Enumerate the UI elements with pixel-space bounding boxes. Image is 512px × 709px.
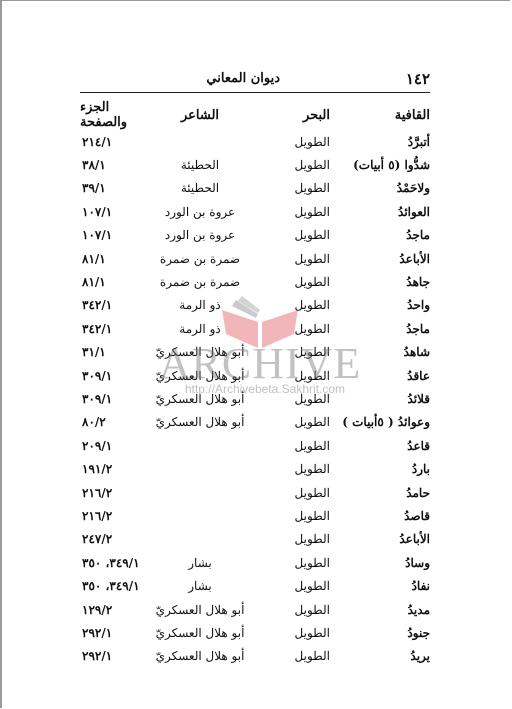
meter-cell: الطويل <box>250 528 330 551</box>
poet-cell: أبو هلال العسكريّ <box>150 645 250 668</box>
meter-cell: الطويل <box>250 294 330 317</box>
poet-cell: أبو هلال العسكريّ <box>150 411 250 434</box>
meter-cell: الطويل <box>250 504 330 527</box>
poet-cell: بشار <box>150 551 250 574</box>
volume-page-cell: ١٢٩/٢ <box>80 598 150 621</box>
running-head: ١٤٢ ديوان المعاني <box>80 70 430 90</box>
table-header-row: القافية البحر الشاعر الجزء والصفحة <box>80 100 430 130</box>
column-header-page: الجزء والصفحة <box>80 100 150 130</box>
poet-cell: ذو الرمة <box>150 317 250 340</box>
poet-cell: عروة بن الورد <box>150 224 250 247</box>
poet-cell: عروة بن الورد <box>150 200 250 223</box>
meter-cell: الطويل <box>250 434 330 457</box>
table-row: يريدُالطويلأبو هلال العسكريّ٢٩٢/١ <box>80 645 430 668</box>
volume-page-cell: ٨١/١ <box>80 270 150 293</box>
table-row: شاهدُالطويلأبو هلال العسكريّ٣١/١ <box>80 341 430 364</box>
table-row: قاصدُالطويل٢١٦/٢ <box>80 504 430 527</box>
column-header-shaer: الشاعر <box>150 100 250 130</box>
volume-page-cell: ٢٩٢/١ <box>80 621 150 644</box>
meter-cell: الطويل <box>250 130 330 153</box>
meter-cell: الطويل <box>250 574 330 597</box>
table-row: باردُالطويل١٩١/٢ <box>80 457 430 480</box>
table-row: وسادُالطويلبشار٣٤٩/١، ٣٥٠ <box>80 551 430 574</box>
table-row: عاقدُالطويلأبو هلال العسكريّ٣٠٩/١ <box>80 364 430 387</box>
table-row: العوائدُالطويلعروة بن الورد١٠٧/١ <box>80 200 430 223</box>
column-header-qafiya: القافية <box>330 100 430 130</box>
table-row: الأباعدُالطويلضمرة بن ضمرة٨١/١ <box>80 247 430 270</box>
rhyme-cell: قاصدُ <box>330 504 430 527</box>
table-row: جاهدُالطويلضمرة بن ضمرة٨١/١ <box>80 270 430 293</box>
table-row: أتبرَّدُالطويل٢١٤/١ <box>80 130 430 153</box>
rhyme-index-table: القافية البحر الشاعر الجزء والصفحة أتبرَ… <box>80 100 430 668</box>
poet-cell <box>150 457 250 480</box>
table-row: شدُّوا (٥ أبيات)الطويلالحطيئة٣٨/١ <box>80 153 430 176</box>
meter-cell: الطويل <box>250 153 330 176</box>
book-title: ديوان المعاني <box>206 71 280 86</box>
rhyme-cell: الأباعدُ <box>330 528 430 551</box>
poet-cell: أبو هلال العسكريّ <box>150 621 250 644</box>
header-rule <box>80 92 430 93</box>
rhyme-cell: الأباعدُ <box>330 247 430 270</box>
poet-cell <box>150 504 250 527</box>
volume-page-cell: ٣٤٢/١ <box>80 294 150 317</box>
meter-cell: الطويل <box>250 341 330 364</box>
meter-cell: الطويل <box>250 317 330 340</box>
table-row: ولاحَمْدُالطويلالحطيئة٣٩/١ <box>80 177 430 200</box>
volume-page-cell: ١٩١/٢ <box>80 457 150 480</box>
table-row: حامدُالطويل٢١٦/٢ <box>80 481 430 504</box>
poet-cell: ذو الرمة <box>150 294 250 317</box>
rhyme-cell: حامدُ <box>330 481 430 504</box>
poet-cell: ضمرة بن ضمرة <box>150 247 250 270</box>
meter-cell: الطويل <box>250 177 330 200</box>
table-row: ماجدُالطويلعروة بن الورد١٠٧/١ <box>80 224 430 247</box>
meter-cell: الطويل <box>250 598 330 621</box>
rhyme-cell: وعوائدُ ( ٥أبيات ) <box>330 411 430 434</box>
volume-page-cell: ٢٩٢/١ <box>80 645 150 668</box>
volume-page-cell: ٣٤٢/١ <box>80 317 150 340</box>
poet-cell: أبو هلال العسكريّ <box>150 341 250 364</box>
poet-cell: بشار <box>150 574 250 597</box>
poet-cell: ضمرة بن ضمرة <box>150 270 250 293</box>
volume-page-cell: ٣٤٩/١، ٣٥٠ <box>80 574 150 597</box>
table-row: ماجدُالطويلذو الرمة٣٤٢/١ <box>80 317 430 340</box>
rhyme-cell: جاهدُ <box>330 270 430 293</box>
table-row: قلائدُالطويلأبو هلال العسكريّ٣٠٩/١ <box>80 387 430 410</box>
table-row: وعوائدُ ( ٥أبيات )الطويلأبو هلال العسكري… <box>80 411 430 434</box>
rhyme-cell: شاهدُ <box>330 341 430 364</box>
poet-cell: أبو هلال العسكريّ <box>150 387 250 410</box>
volume-page-cell: ٨٠/٢ <box>80 411 150 434</box>
volume-page-cell: ١٠٧/١ <box>80 224 150 247</box>
meter-cell: الطويل <box>250 551 330 574</box>
table-row: الأباعدُالطويل٢٤٧/٢ <box>80 528 430 551</box>
volume-page-cell: ٢١٦/٢ <box>80 504 150 527</box>
rhyme-cell: وسادُ <box>330 551 430 574</box>
rhyme-cell: عاقدُ <box>330 364 430 387</box>
table-row: جنودُالطويلأبو هلال العسكريّ٢٩٢/١ <box>80 621 430 644</box>
poet-cell: الحطيئة <box>150 177 250 200</box>
poet-cell: أبو هلال العسكريّ <box>150 364 250 387</box>
volume-page-cell: ٣١/١ <box>80 341 150 364</box>
volume-page-cell: ١٠٧/١ <box>80 200 150 223</box>
table-row: قاعدُالطويل٢٠٩/١ <box>80 434 430 457</box>
rhyme-cell: باردُ <box>330 457 430 480</box>
volume-page-cell: ٢٠٩/١ <box>80 434 150 457</box>
table-body: أتبرَّدُالطويل٢١٤/١شدُّوا (٥ أبيات)الطوي… <box>80 130 430 668</box>
rhyme-cell: واحدُ <box>330 294 430 317</box>
rhyme-cell: يريدُ <box>330 645 430 668</box>
rhyme-cell: أتبرَّدُ <box>330 130 430 153</box>
poet-cell: أبو هلال العسكريّ <box>150 598 250 621</box>
meter-cell: الطويل <box>250 364 330 387</box>
table-row: مديدُالطويلأبو هلال العسكريّ١٢٩/٢ <box>80 598 430 621</box>
volume-page-cell: ٢١٤/١ <box>80 130 150 153</box>
volume-page-cell: ٣٩/١ <box>80 177 150 200</box>
table-row: نفادُالطويلبشار٣٤٩/١، ٣٥٠ <box>80 574 430 597</box>
volume-page-cell: ٣٠٩/١ <box>80 387 150 410</box>
meter-cell: الطويل <box>250 270 330 293</box>
rhyme-cell: جنودُ <box>330 621 430 644</box>
meter-cell: الطويل <box>250 247 330 270</box>
volume-page-cell: ٣٤٩/١، ٣٥٠ <box>80 551 150 574</box>
rhyme-cell: قلائدُ <box>330 387 430 410</box>
poet-cell <box>150 528 250 551</box>
volume-page-cell: ٨١/١ <box>80 247 150 270</box>
rhyme-cell: قاعدُ <box>330 434 430 457</box>
meter-cell: الطويل <box>250 645 330 668</box>
rhyme-cell: ماجدُ <box>330 224 430 247</box>
rhyme-cell: نفادُ <box>330 574 430 597</box>
meter-cell: الطويل <box>250 621 330 644</box>
rhyme-cell: شدُّوا (٥ أبيات) <box>330 153 430 176</box>
meter-cell: الطويل <box>250 411 330 434</box>
meter-cell: الطويل <box>250 224 330 247</box>
meter-cell: الطويل <box>250 200 330 223</box>
meter-cell: الطويل <box>250 457 330 480</box>
rhyme-cell: العوائدُ <box>330 200 430 223</box>
volume-page-cell: ٢٤٧/٢ <box>80 528 150 551</box>
poet-cell <box>150 130 250 153</box>
rhyme-cell: مديدُ <box>330 598 430 621</box>
volume-page-cell: ٢١٦/٢ <box>80 481 150 504</box>
page-number: ١٤٢ <box>406 70 430 88</box>
meter-cell: الطويل <box>250 481 330 504</box>
column-header-bahr: البحر <box>250 100 330 130</box>
volume-page-cell: ٣٠٩/١ <box>80 364 150 387</box>
poet-cell <box>150 481 250 504</box>
volume-page-cell: ٣٨/١ <box>80 153 150 176</box>
table-row: واحدُالطويلذو الرمة٣٤٢/١ <box>80 294 430 317</box>
poet-cell <box>150 434 250 457</box>
meter-cell: الطويل <box>250 387 330 410</box>
poet-cell: الحطيئة <box>150 153 250 176</box>
rhyme-cell: ولاحَمْدُ <box>330 177 430 200</box>
rhyme-cell: ماجدُ <box>330 317 430 340</box>
